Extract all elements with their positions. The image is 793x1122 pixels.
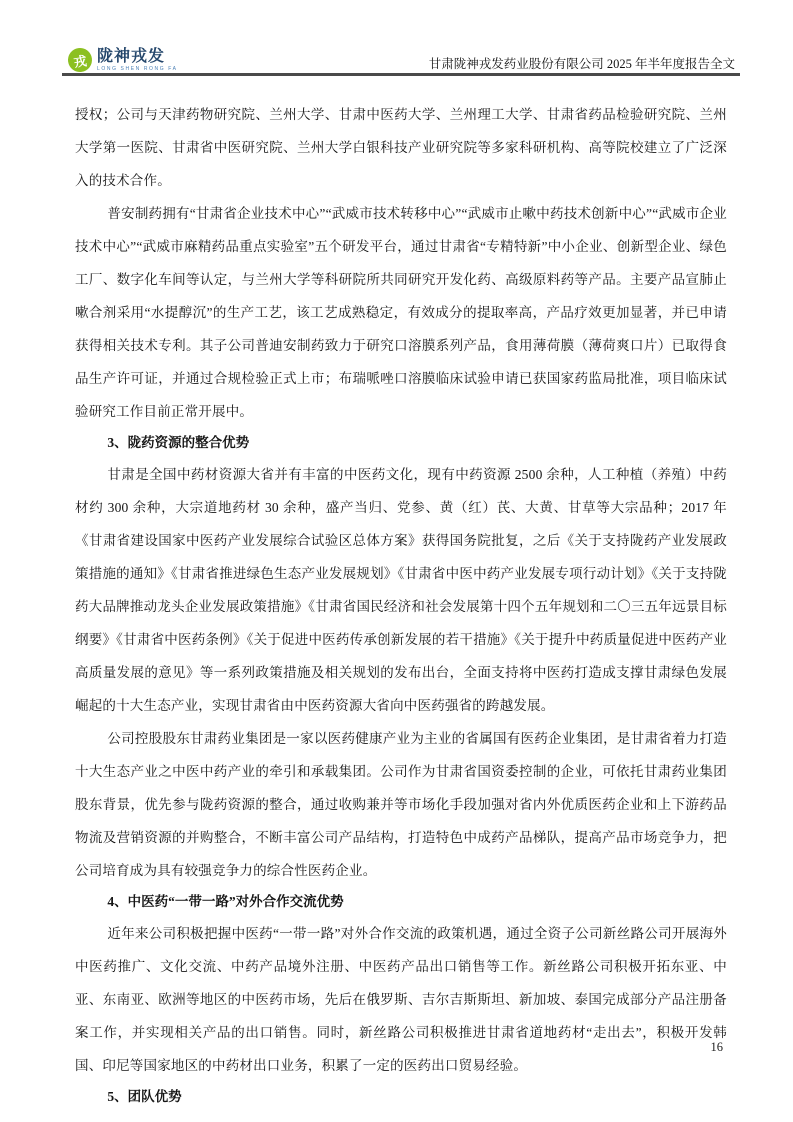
section-heading-4: 4、中医药“一带一路”对外合作交流优势 [75,887,727,917]
body-paragraph: 授权；公司与天津药物研究院、兰州大学、甘肃中医药大学、兰州理工大学、甘肃省药品检… [75,98,727,197]
logo-emblem-glyph: 戎 [72,50,88,71]
body-paragraph: 甘肃是全国中药材资源大省并有丰富的中医药文化，现有中药资源 2500 余种，人工… [75,458,727,722]
body-paragraph: 公司控股股东甘肃药业集团是一家以医药健康产业为主业的省属国有医药企业集团，是甘肃… [75,722,727,887]
section-heading-5: 5、团队优势 [75,1082,727,1112]
logo-company-name-latin: LONG SHEN RONG FA [97,66,178,73]
page-number: 16 [711,1040,724,1055]
body-paragraph: 近年来公司积极把握中医药“一带一路”对外合作交流的政策机遇，通过全资子公司新丝路… [75,917,727,1082]
section-heading-3: 3、陇药资源的整合优势 [75,428,727,458]
logo-text-block: 陇神戎发 LONG SHEN RONG FA [97,48,178,73]
company-logo: 戎 陇神戎发 LONG SHEN RONG FA [68,48,178,73]
logo-emblem-icon: 戎 [66,46,93,73]
logo-company-name: 陇神戎发 [97,48,178,65]
report-page: 戎 陇神戎发 LONG SHEN RONG FA 甘肃陇神戎发药业股份有限公司 … [0,0,793,1122]
report-header-title: 甘肃陇神戎发药业股份有限公司 2025 年半年度报告全文 [429,54,735,72]
header-divider [62,73,740,76]
document-body: 授权；公司与天津药物研究院、兰州大学、甘肃中医药大学、兰州理工大学、甘肃省药品检… [75,98,727,1112]
body-paragraph: 普安制药拥有“甘肃省企业技术中心”“武威市技术转移中心”“武威市止嗽中药技术创新… [75,197,727,428]
